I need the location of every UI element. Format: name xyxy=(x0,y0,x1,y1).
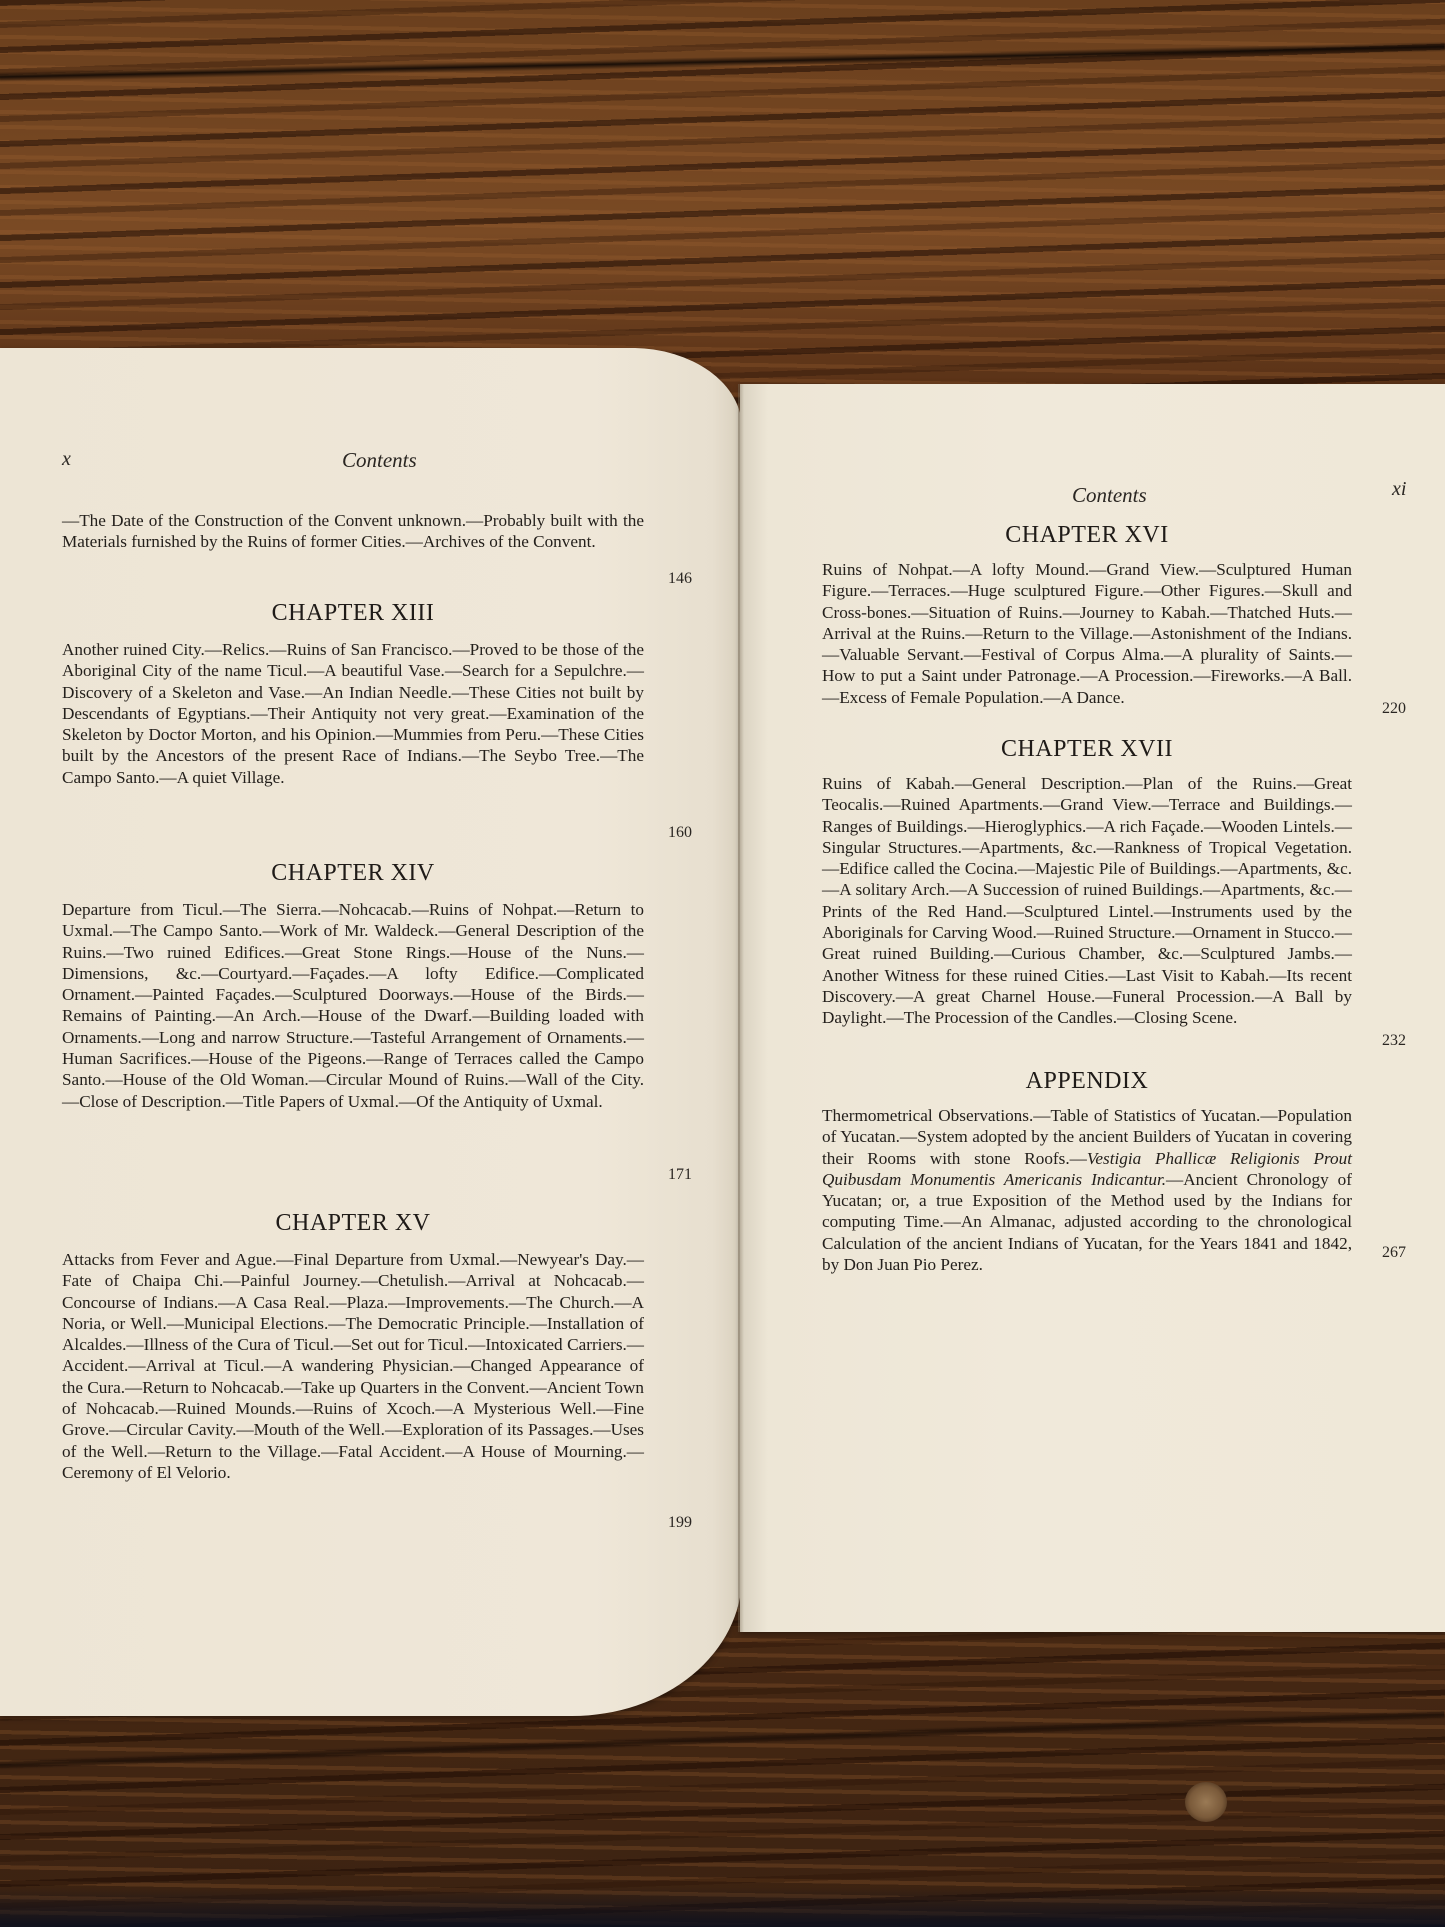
wood-grain-crack xyxy=(0,1710,1444,1770)
left-page-running-head: Contents xyxy=(342,448,417,473)
toc-entry-text: Ruins of Nohpat.—A lofty Mound.—Grand Vi… xyxy=(822,559,1352,708)
left-page-contents: —The Date of the Construction of the Con… xyxy=(62,510,644,1560)
chapter-heading: CHAPTER XIII xyxy=(62,600,644,627)
toc-entry-chapter-xvi: CHAPTER XVI Ruins of Nohpat.—A lofty Mou… xyxy=(822,522,1352,718)
toc-entry-text: Ruins of Kabah.—General Description.—Pla… xyxy=(822,773,1352,1029)
toc-page-number: 171 xyxy=(668,1166,692,1184)
right-page-running-head: Contents xyxy=(1072,483,1147,508)
toc-page-number: 146 xyxy=(668,570,692,588)
toc-entry-chapter-xiv: CHAPTER XIV Departure from Ticul.—The Si… xyxy=(62,860,644,1190)
toc-entry-continued: —The Date of the Construction of the Con… xyxy=(62,510,644,572)
chapter-heading: CHAPTER XVII xyxy=(822,736,1352,763)
toc-page-number: 220 xyxy=(1382,700,1406,718)
toc-entry-text: Departure from Ticul.—The Sierra.—Nohcac… xyxy=(62,899,644,1112)
toc-entry-appendix: APPENDIX Thermometrical Observations.—Ta… xyxy=(822,1068,1352,1268)
toc-page-number: 160 xyxy=(668,824,692,842)
toc-entry-text: Another ruined City.—Relics.—Ruins of Sa… xyxy=(62,639,644,788)
toc-page-number: 199 xyxy=(668,1514,692,1532)
toc-entry-text: Attacks from Fever and Ague.—Final Depar… xyxy=(62,1249,644,1483)
toc-page-number: 232 xyxy=(1382,1032,1406,1050)
toc-entry-text: —The Date of the Construction of the Con… xyxy=(62,510,644,553)
wood-grain-crack xyxy=(0,42,1445,82)
chapter-heading: CHAPTER XIV xyxy=(62,860,644,887)
book-gutter xyxy=(738,384,744,1632)
wood-knot xyxy=(1185,1782,1227,1822)
chapter-heading: CHAPTER XV xyxy=(62,1210,644,1237)
appendix-heading: APPENDIX xyxy=(822,1068,1352,1095)
table-edge-shadow xyxy=(0,1887,1445,1927)
toc-entry-chapter-xvii: CHAPTER XVII Ruins of Kabah.—General Des… xyxy=(822,736,1352,1052)
toc-entry-chapter-xiii: CHAPTER XIII Another ruined City.—Relics… xyxy=(62,600,644,836)
left-page-folio: x xyxy=(62,448,71,471)
toc-entry-text: Thermometrical Observations.—Table of St… xyxy=(822,1105,1352,1275)
right-page-folio: xi xyxy=(1392,478,1406,501)
chapter-heading: CHAPTER XVI xyxy=(822,522,1352,549)
right-page-contents: CHAPTER XVI Ruins of Nohpat.—A lofty Mou… xyxy=(822,522,1352,1268)
toc-page-number: 267 xyxy=(1382,1244,1406,1262)
toc-entry-chapter-xv: CHAPTER XV Attacks from Fever and Ague.—… xyxy=(62,1210,644,1560)
